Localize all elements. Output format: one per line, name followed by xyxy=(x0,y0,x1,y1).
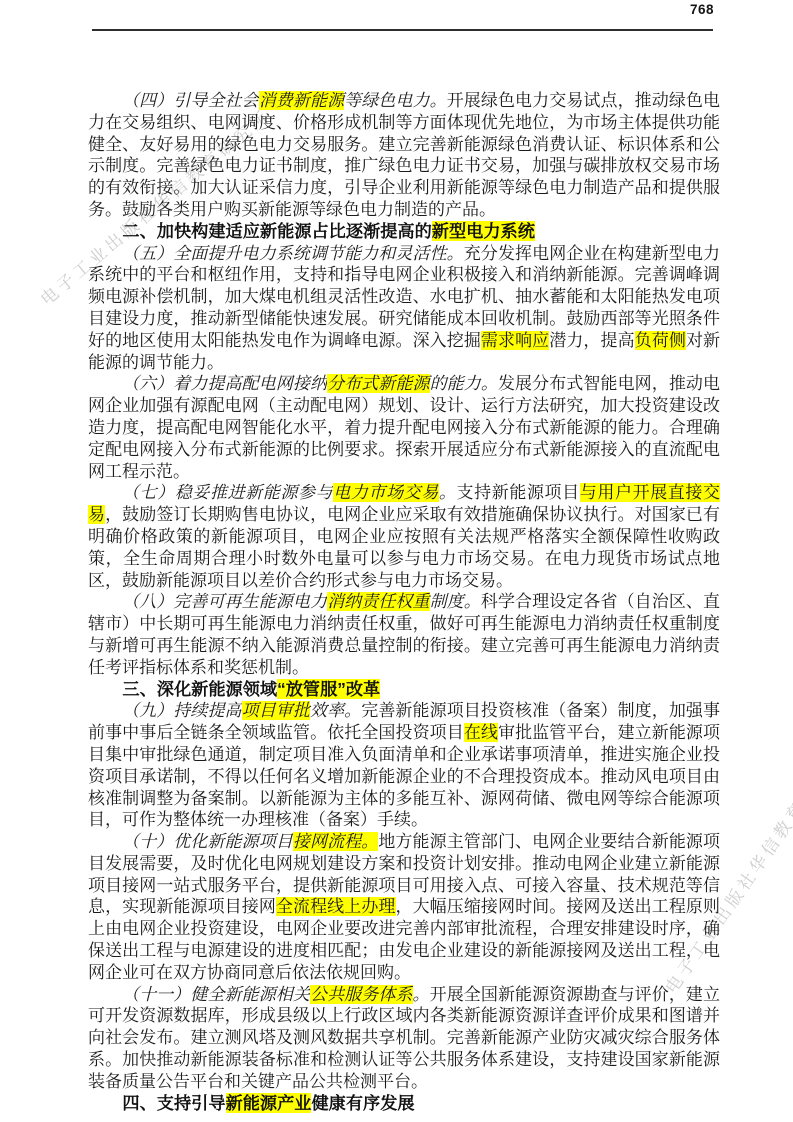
text-segment: （六）着力提高配电网接纳 xyxy=(122,374,327,393)
document-page: 电子工业出版社华信教育研究所 电子工业出版社华信教育研究所 768 （四）引导全… xyxy=(0,0,793,1122)
page-number: 768 xyxy=(690,2,714,17)
highlighted-text: 新能源产业 xyxy=(226,1093,312,1113)
item-10-paragraph: （十）优化新能源项目接网流程。地方能源主管部门、电网企业要结合新能源项目发展需要… xyxy=(88,831,720,984)
highlighted-text: 项目审批 xyxy=(242,701,310,720)
item-4-paragraph: （四）引导全社会消费新能源等绿色电力。开展绿色电力交易试点，推动绿色电力在交易组… xyxy=(88,90,720,221)
text-segment: 等绿色电力。 xyxy=(344,91,447,110)
text-segment: 二、加快构建适应新能源占比逐渐提高的 xyxy=(122,221,431,241)
item-11-paragraph: （十一）健全新能源相关公共服务体系。开展全国新能源资源勘查与评价，建立可开发资源… xyxy=(88,984,720,1093)
text-segment: 制度。 xyxy=(430,592,481,611)
text-segment: （七）稳妥推进新能源参与 xyxy=(122,483,333,502)
highlighted-text: 消费新能源 xyxy=(259,91,344,110)
text-segment: 。 xyxy=(413,985,430,1004)
text-segment: （八）完善可再生能源电力 xyxy=(122,592,327,611)
text-segment: （十）优化新能源项目 xyxy=(122,832,293,851)
highlighted-text: 公共服务体系 xyxy=(310,985,413,1004)
text-segment: （十一）健全新能源相关 xyxy=(122,985,310,1004)
text-segment: 三、深化新能源领域 xyxy=(122,679,277,699)
highlighted-text: 电力市场交易 xyxy=(333,483,439,502)
highlighted-text: 分布式新能源 xyxy=(327,374,430,393)
text-segment: 四、支持引导 xyxy=(122,1093,225,1113)
text-segment: （九）持续提高 xyxy=(122,701,242,720)
text-segment: 。 xyxy=(439,483,457,502)
item-5-paragraph: （五）全面提升电力系统调节能力和灵活性。充分发挥电网企业在构建新型电力系统中的平… xyxy=(88,243,720,374)
section-heading-4: 四、支持引导新能源产业健康有序发展 xyxy=(88,1093,720,1115)
item-7-paragraph: （七）稳妥推进新能源参与电力市场交易。支持新能源项目与用户开展直接交易，鼓励签订… xyxy=(88,482,720,591)
header-rule xyxy=(92,29,713,31)
text-segment: 支持新能源项目 xyxy=(457,483,580,502)
highlighted-text: 接网流程。 xyxy=(293,832,378,851)
item-6-paragraph: （六）着力提高配电网接纳分布式新能源的能力。发展分布式智能电网，推动电网企业加强… xyxy=(88,373,720,482)
text-segment: ，鼓励签订长期购售电协议，电网企业应采取有效措施确保协议执行。对国家已有明确价格… xyxy=(88,505,720,589)
item-9-paragraph: （九）持续提高项目审批效率。完善新能源项目投资核准（备案）制度，加强事前事中事后… xyxy=(88,700,720,831)
highlighted-text: 需求响应 xyxy=(481,331,549,350)
text-segment: （五）全面提升电力系统调节能力和灵活性。 xyxy=(122,244,464,263)
item-8-paragraph: （八）完善可再生能源电力消纳责任权重制度。科学合理设定各省（自治区、直辖市）中长… xyxy=(88,591,720,678)
text-segment: 效率。 xyxy=(310,701,361,720)
document-body: （四）引导全社会消费新能源等绿色电力。开展绿色电力交易试点，推动绿色电力在交易组… xyxy=(88,90,720,1114)
text-segment: 潜力，提高 xyxy=(549,331,634,350)
section-heading-2: 二、加快构建适应新能源占比逐渐提高的新型电力系统 xyxy=(88,221,720,243)
text-segment: 的能力。 xyxy=(430,374,498,393)
highlighted-text: 在线 xyxy=(464,723,498,742)
highlighted-text: 新型电力系统 xyxy=(432,221,535,241)
text-segment: 健康有序发展 xyxy=(311,1093,414,1113)
text-segment: （四）引导全社会 xyxy=(122,91,259,110)
highlighted-text: 负荷侧 xyxy=(635,331,686,350)
section-heading-3: 三、深化新能源领域“放管服”改革 xyxy=(88,679,720,701)
text-segment: 开展绿色电力交易试点，推动绿色电力在交易组织、电网调度、价格形成机制等方面体现优… xyxy=(88,91,720,219)
highlighted-text: 全流程线上办理 xyxy=(276,897,396,916)
highlighted-text: “放管服”改革 xyxy=(277,679,380,699)
highlighted-text: 消纳责任权重 xyxy=(327,592,430,611)
